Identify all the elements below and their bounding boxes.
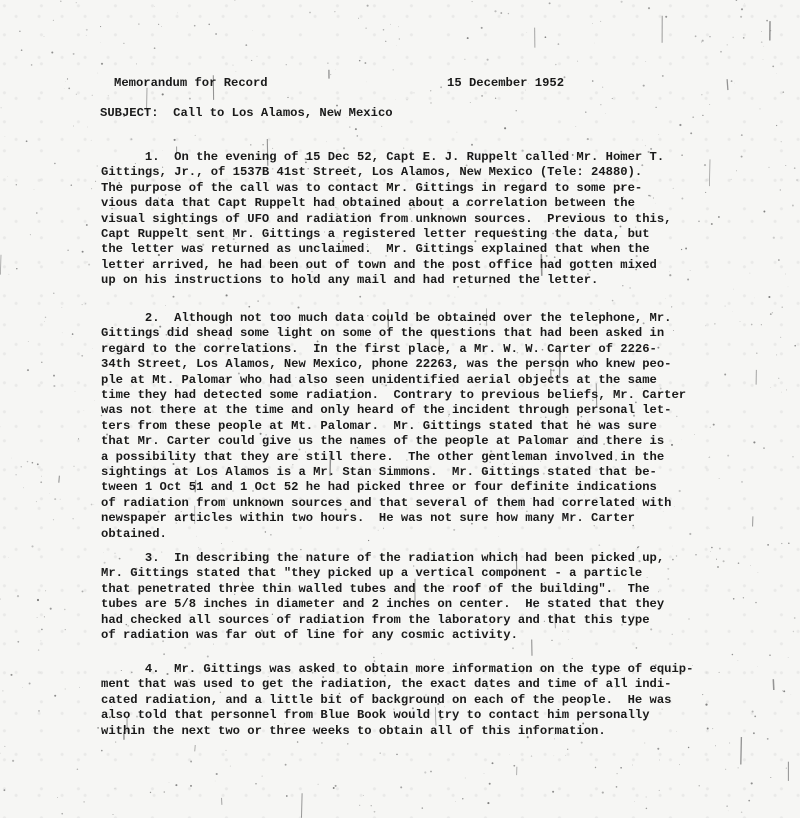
text-line: 2. Although not too much data could be o… (101, 311, 671, 325)
text-line: visual sightings of UFO and radiation fr… (101, 212, 671, 226)
text-line: of radiation was far out of line for any… (101, 628, 518, 642)
subject-label: SUBJECT: (100, 106, 159, 120)
text-line: was not there at the time and only heard… (101, 403, 671, 417)
text-line: cated radiation, and a little bit of bac… (101, 693, 671, 707)
text-line: vious data that Capt Ruppelt had obtaine… (101, 196, 635, 210)
text-line: newspaper articles within two hours. He … (101, 511, 635, 525)
text-line: ple at Mt. Palomar who had also seen uni… (101, 373, 657, 387)
memo-page: Memorandum for Record 15 December 1952 S… (0, 0, 800, 818)
text-line: Gittings, Jr., of 1537B 41st Street, Los… (101, 165, 642, 179)
text-line: a possibility that they are still there.… (101, 450, 664, 464)
subject-text: Call to Los Alamos, New Mexico (173, 106, 392, 120)
text-line: sightings at Los Alamos is a Mr. Stan Si… (101, 465, 657, 479)
text-line: Capt Ruppelt sent Mr. Gittings a registe… (101, 227, 650, 241)
text-line: regard to the correlations. In the first… (101, 342, 657, 356)
text-line: 34th Street, Los Alamos, New Mexico, pho… (101, 357, 671, 371)
text-line: ters from these people at Mt. Palomar. M… (101, 419, 657, 433)
memo-subject: SUBJECT: Call to Los Alamos, New Mexico (100, 106, 393, 120)
text-line: had checked all sources of radiation fro… (101, 613, 650, 627)
text-line: ment that was used to get the radiation,… (101, 677, 671, 691)
text-line: 4. Mr. Gittings was asked to obtain more… (101, 662, 693, 676)
text-line: Gittings did shead some light on some of… (101, 326, 664, 340)
text-line: within the next two or three weeks to ob… (101, 724, 606, 738)
text-line: also told that personnel from Blue Book … (101, 708, 650, 722)
memo-heading: Memorandum for Record (114, 76, 268, 90)
text-line: obtained. (101, 527, 167, 541)
text-line: 3. In describing the nature of the radia… (101, 551, 664, 565)
text-line: tubes are 5/8 inches in diameter and 2 i… (101, 597, 664, 611)
text-line: time they had detected some radiation. C… (101, 388, 686, 402)
text-line: Mr. Gittings stated that "they picked up… (101, 566, 642, 580)
text-line: up on his instructions to hold any mail … (101, 273, 598, 287)
text-line: tween 1 Oct 51 and 1 Oct 52 he had picke… (101, 480, 657, 494)
text-line: The purpose of the call was to contact M… (101, 181, 642, 195)
text-line: 1. On the evening of 15 Dec 52, Capt E. … (101, 150, 664, 164)
text-line: that penetrated three thin walled tubes … (101, 582, 650, 596)
text-line: letter arrived, he had been out of town … (101, 258, 657, 272)
text-line: the letter was returned as unclaimed. Mr… (101, 242, 650, 256)
text-line: that Mr. Carter could give us the names … (101, 434, 664, 448)
text-line: of radiation from unknown sources and th… (101, 496, 671, 510)
memo-date: 15 December 1952 (447, 76, 564, 90)
